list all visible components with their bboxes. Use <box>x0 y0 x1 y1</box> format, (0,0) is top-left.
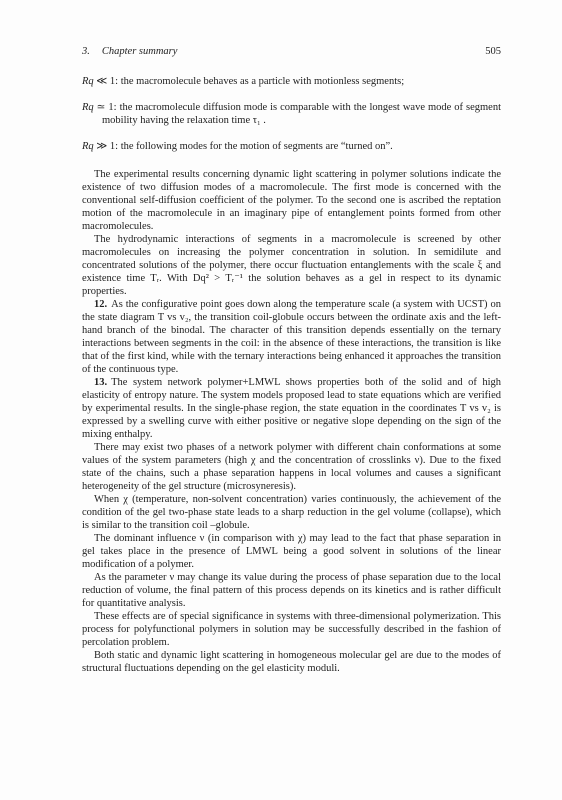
paragraph: 12.As the configurative point goes down … <box>82 298 501 376</box>
paragraph-text: As the parameter ν may change its value … <box>82 572 501 609</box>
paragraph-text: These effects are of special significanc… <box>82 611 501 648</box>
paragraph-number: 13. <box>94 377 107 388</box>
paragraph: The experimental results concerning dyna… <box>82 168 501 233</box>
paragraph-text: The system network polymer+LMWL shows pr… <box>82 377 501 440</box>
math-variable: Rq <box>82 102 94 113</box>
running-head: 3.Chapter summary <box>82 45 177 58</box>
list-item: Rq ≫ 1: the following modes for the moti… <box>82 140 501 153</box>
paragraph-text: When χ (temperature, non-solvent concent… <box>82 494 501 531</box>
paragraph-text: The dominant influence ν (in comparison … <box>82 533 501 570</box>
list-item-text: the following modes for the motion of se… <box>121 141 393 152</box>
paragraph: The dominant influence ν (in comparison … <box>82 532 501 571</box>
page-header: 3.Chapter summary 505 <box>82 45 501 58</box>
math-relation: ≪ 1: <box>96 76 118 87</box>
math-variable: Rq <box>82 76 94 87</box>
list-item: Rq ≃ 1: the macromolecule diffusion mode… <box>82 101 501 127</box>
paragraph-text: There may exist two phases of a network … <box>82 442 501 492</box>
body-text: The experimental results concerning dyna… <box>82 168 501 675</box>
page-number: 505 <box>485 45 501 58</box>
list-item: Rq ≪ 1: the macromolecule behaves as a p… <box>82 75 501 88</box>
section-number: 3. <box>82 46 90 57</box>
paragraph: There may exist two phases of a network … <box>82 441 501 493</box>
paragraph: As the parameter ν may change its value … <box>82 571 501 610</box>
chapter-title: Chapter summary <box>102 46 178 57</box>
math-variable: Rq <box>82 141 94 152</box>
paragraph-number: 12. <box>94 299 107 310</box>
math-relation: ≃ 1: <box>97 102 117 113</box>
paragraph-text: As the configurative point goes down alo… <box>82 299 501 375</box>
paragraph-text: The hydrodynamic interactions of segment… <box>82 234 501 297</box>
book-page: 3.Chapter summary 505 Rq ≪ 1: the macrom… <box>0 0 562 800</box>
paragraph: The hydrodynamic interactions of segment… <box>82 233 501 298</box>
paragraph: When χ (temperature, non-solvent concent… <box>82 493 501 532</box>
list-item-text: the macromolecule diffusion mode is comp… <box>102 102 501 126</box>
paragraph-text: The experimental results concerning dyna… <box>82 169 501 232</box>
math-relation: ≫ 1: <box>96 141 118 152</box>
paragraph: Both static and dynamic light scattering… <box>82 649 501 675</box>
rq-condition-list: Rq ≪ 1: the macromolecule behaves as a p… <box>82 75 501 153</box>
page-content: 3.Chapter summary 505 Rq ≪ 1: the macrom… <box>82 45 501 675</box>
paragraph: 13.The system network polymer+LMWL shows… <box>82 376 501 441</box>
list-item-text: the macromolecule behaves as a particle … <box>121 76 404 87</box>
paragraph-text: Both static and dynamic light scattering… <box>82 650 501 674</box>
paragraph: These effects are of special significanc… <box>82 610 501 649</box>
